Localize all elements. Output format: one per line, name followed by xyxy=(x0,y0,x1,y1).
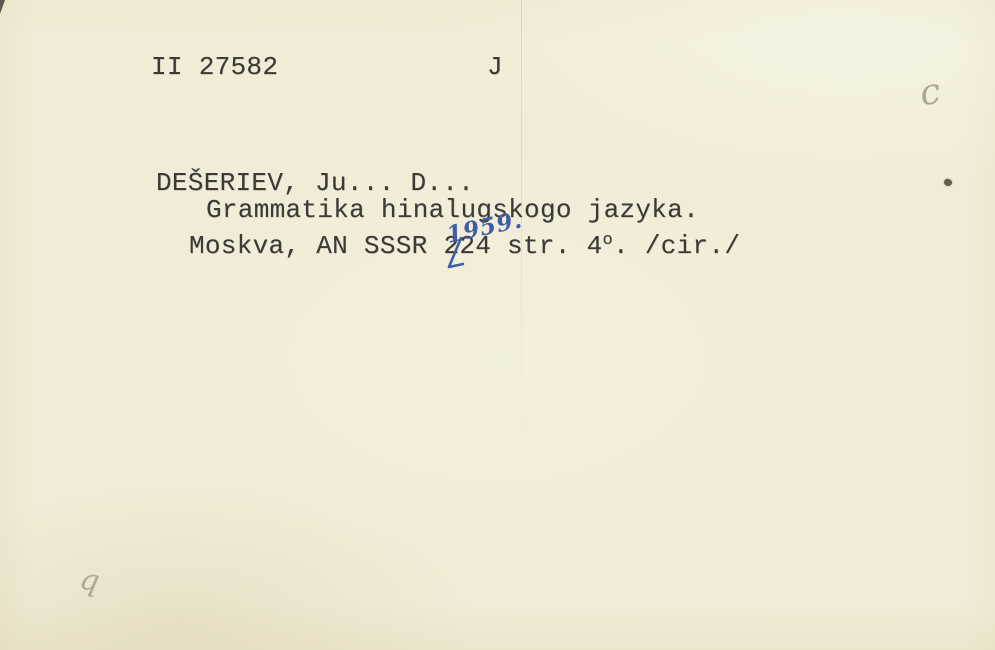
paper-texture xyxy=(0,0,995,650)
imprint-tail: . /cir./ xyxy=(613,231,740,261)
ink-speck xyxy=(943,178,953,188)
author-line: DEŠERIEV, Ju... D... xyxy=(156,169,474,198)
call-number: II 27582 xyxy=(151,53,278,82)
bottom-left-pencil-mark: q xyxy=(77,561,103,599)
insertion-caret-mark xyxy=(444,236,470,274)
heading-letter: J xyxy=(487,53,503,82)
imprint-format-superscript: o xyxy=(602,232,613,251)
imprint-place-publisher: Moskva, AN SSSR xyxy=(189,231,428,261)
corner-shadow-sliver xyxy=(0,0,5,14)
top-right-pencil-mark: c xyxy=(917,71,943,114)
